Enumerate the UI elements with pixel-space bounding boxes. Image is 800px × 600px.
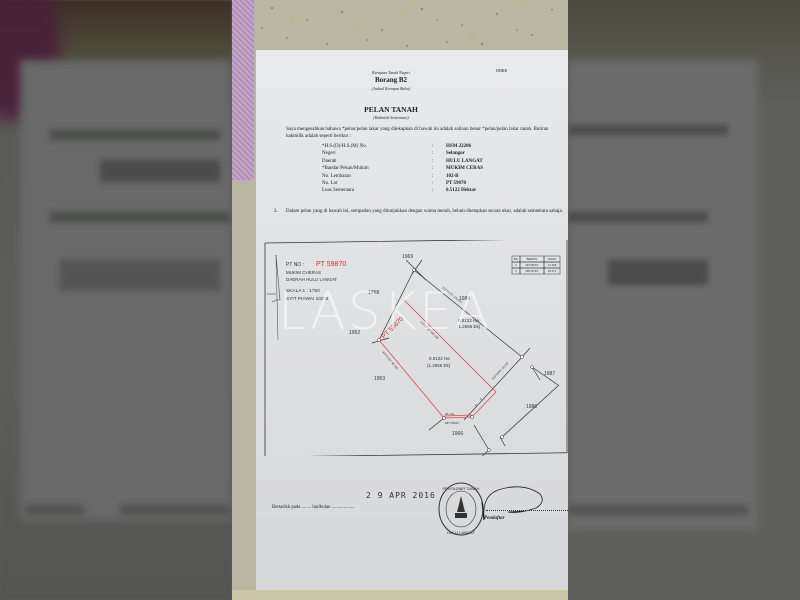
detail-row: No. Lembaran:102-B (322, 173, 483, 180)
bearing-table: BILBERINGJARAK1233°00'00"13.2682198°02'3… (512, 256, 560, 274)
detail-colon: : (432, 158, 446, 165)
svg-text:1969: 1969 (402, 254, 413, 260)
blurred-text (568, 125, 728, 135)
detail-label: Negeri (322, 150, 432, 157)
svg-text:1966: 1966 (452, 431, 463, 437)
detail-value: Selangor (446, 150, 465, 157)
document-title: PELAN TANAH (256, 105, 526, 114)
form-subtitle: (Jadual Keempat Belas) (256, 86, 526, 91)
detail-label: *Bandar/Pekan/Mukim (322, 165, 432, 172)
detail-colon: : (432, 173, 446, 180)
detail-value: MUKIM CERAS (446, 165, 483, 172)
detail-value: HULU LANGAT (446, 158, 483, 165)
pink-fabric (232, 0, 254, 180)
blurred-text (120, 505, 230, 515)
detail-value: PT 59870 (446, 180, 466, 187)
form-code: DHKK (496, 68, 507, 73)
paragraph-number: 2. (274, 208, 286, 215)
detail-row: *H.S.(D)/H.S.(M) No.:HSM 22206 (322, 143, 483, 150)
svg-text:0.5122 Ha: 0.5122 Ha (429, 356, 450, 361)
detail-row: *Bandar/Pekan/Mukim:MUKIM CERAS (322, 165, 483, 172)
detail-row: Luas Sementara:0.5122 Hektar (322, 187, 483, 194)
svg-text:1987: 1987 (544, 371, 555, 377)
detail-label: Luas Sementara (322, 187, 432, 194)
detail-colon: : (432, 180, 446, 187)
svg-text:(1.2656 Ek): (1.2656 Ek) (427, 363, 451, 368)
government-label: Kerajaan Tanah Negeri (256, 70, 526, 75)
blurred-text (100, 160, 220, 182)
svg-text:JARAK: JARAK (547, 257, 556, 261)
detail-colon: : (432, 187, 446, 194)
svg-text:26.132: 26.132 (445, 412, 455, 416)
svg-text:1: 1 (515, 263, 517, 267)
boundary-note-text: Dalam pelan yang di bawah ini, sempadan … (286, 208, 563, 215)
detail-colon: : (432, 143, 446, 150)
svg-text:18.473: 18.473 (548, 269, 557, 273)
svg-text:2: 2 (515, 269, 517, 273)
blurred-text (50, 212, 230, 222)
blurred-text (25, 505, 85, 515)
certification-paragraph: Saya mengesahkan bahawa *pelan/pelan lak… (286, 126, 556, 140)
svg-text:BERING: BERING (527, 257, 538, 261)
svg-text:287°08'00": 287°08'00" (445, 421, 460, 425)
document-subtitle: (Hakmilik Sementara) (256, 115, 526, 120)
svg-text:1953: 1953 (374, 376, 385, 382)
date-line: Bertarikh pada ........ haribulan ......… (272, 505, 354, 510)
detail-label: Daerah (322, 158, 432, 165)
svg-text:MUKIM CHERAS: MUKIM CHERAS (286, 270, 321, 275)
svg-text:HULU LANGAT: HULU LANGAT (447, 530, 475, 535)
svg-text:233°00'00": 233°00'00" (525, 263, 539, 267)
boundary-note: 2. Dalam pelan yang di bawah ini, sempad… (274, 208, 564, 215)
document-blur (20, 60, 232, 520)
detail-label: No. Lot (322, 180, 432, 187)
svg-text:1986: 1986 (526, 404, 537, 410)
watermark: LASKEA (278, 282, 528, 342)
blurred-text (568, 212, 708, 222)
form-name: Borang B2 (256, 76, 526, 84)
svg-text:233°00'00" 44.049: 233°00'00" 44.049 (491, 361, 510, 381)
date-stamp: 2 9 APR 2016 (366, 491, 436, 500)
blurred-text (50, 130, 220, 140)
svg-text:BIL: BIL (514, 257, 519, 261)
detail-colon: : (432, 165, 446, 172)
svg-text:PENTADBIR TANAH: PENTADBIR TANAH (443, 486, 480, 491)
blurred-background-right (568, 0, 800, 600)
detail-row: Negeri:Selangor (322, 150, 483, 157)
blurred-text (60, 260, 220, 290)
land-plan-drawing: PT NO : PT 59870 MUKIM CHERAS DAERAH HUL… (264, 240, 568, 456)
blurred-text (568, 505, 748, 515)
blurred-text (608, 260, 708, 285)
detail-label: *H.S.(D)/H.S.(M) No. (322, 143, 432, 150)
svg-text:PT NO :: PT NO : (286, 262, 304, 268)
svg-text:198°02'30": 198°02'30" (525, 269, 539, 273)
detail-value: 0.5122 Hektar (446, 187, 476, 194)
title-details: *H.S.(D)/H.S.(M) No.:HSM 22206Negeri:Sel… (322, 143, 483, 195)
detail-label: No. Lembaran (322, 173, 432, 180)
detail-value: HSM 22206 (446, 143, 471, 150)
detail-value: 102-B (446, 173, 459, 180)
detail-row: Daerah:HULU LANGAT (322, 158, 483, 165)
signature-line (486, 510, 568, 511)
svg-text:13.268: 13.268 (548, 263, 557, 267)
svg-text:PT 59870: PT 59870 (316, 261, 346, 268)
detail-colon: : (432, 150, 446, 157)
signatory-title: Pendaftar (484, 516, 505, 521)
blurred-background-left (0, 0, 232, 600)
bottom-background-strip (232, 590, 568, 600)
detail-row: No. Lot:PT 59870 (322, 180, 483, 187)
